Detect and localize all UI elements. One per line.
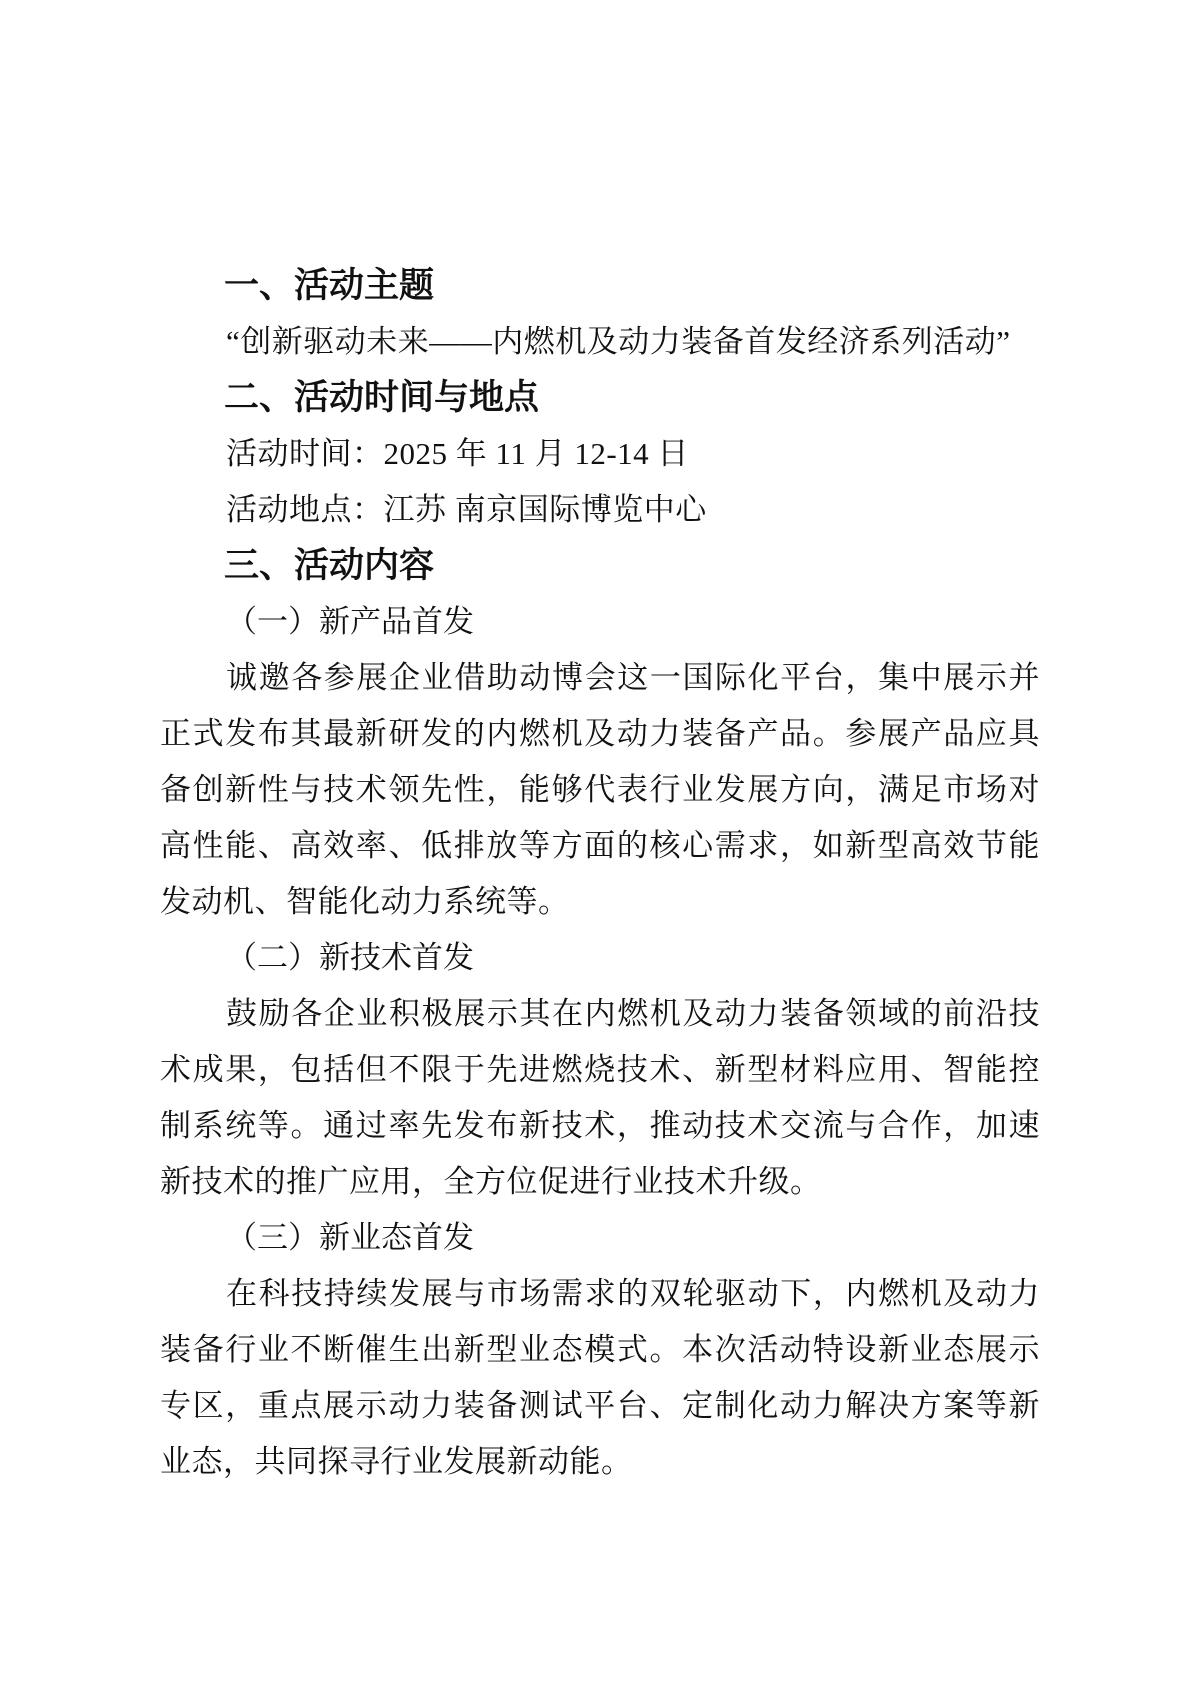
document-page: 一、活动主题 “创新驱动未来——内燃机及动力装备首发经济系列活动” 二、活动时间… [0,0,1191,1684]
paragraph-new-business-model-launch: 在科技持续发展与市场需求的双轮驱动下，内燃机及动力装备行业不断催生出新型业态模式… [160,1266,1040,1490]
subheading-new-product-launch: （一）新产品首发 [160,594,1040,650]
heading-activity-content: 三、活动内容 [160,538,1040,594]
paragraph-new-technology-launch: 鼓励各企业积极展示其在内燃机及动力装备领域的前沿技术成果，包括但不限于先进燃烧技… [160,986,1040,1210]
activity-theme-quote: “创新驱动未来——内燃机及动力装备首发经济系列活动” [160,314,1040,370]
paragraph-new-product-launch: 诚邀各参展企业借助动博会这一国际化平台，集中展示并正式发布其最新研发的内燃机及动… [160,650,1040,930]
subheading-new-technology-launch: （二）新技术首发 [160,930,1040,986]
heading-activity-theme: 一、活动主题 [160,258,1040,314]
subheading-new-business-model-launch: （三）新业态首发 [160,1210,1040,1266]
heading-activity-time-location: 二、活动时间与地点 [160,370,1040,426]
activity-time-text: 活动时间：2025 年 11 月 12-14 日 [160,426,1040,482]
activity-location-text: 活动地点：江苏 南京国际博览中心 [160,482,1040,538]
